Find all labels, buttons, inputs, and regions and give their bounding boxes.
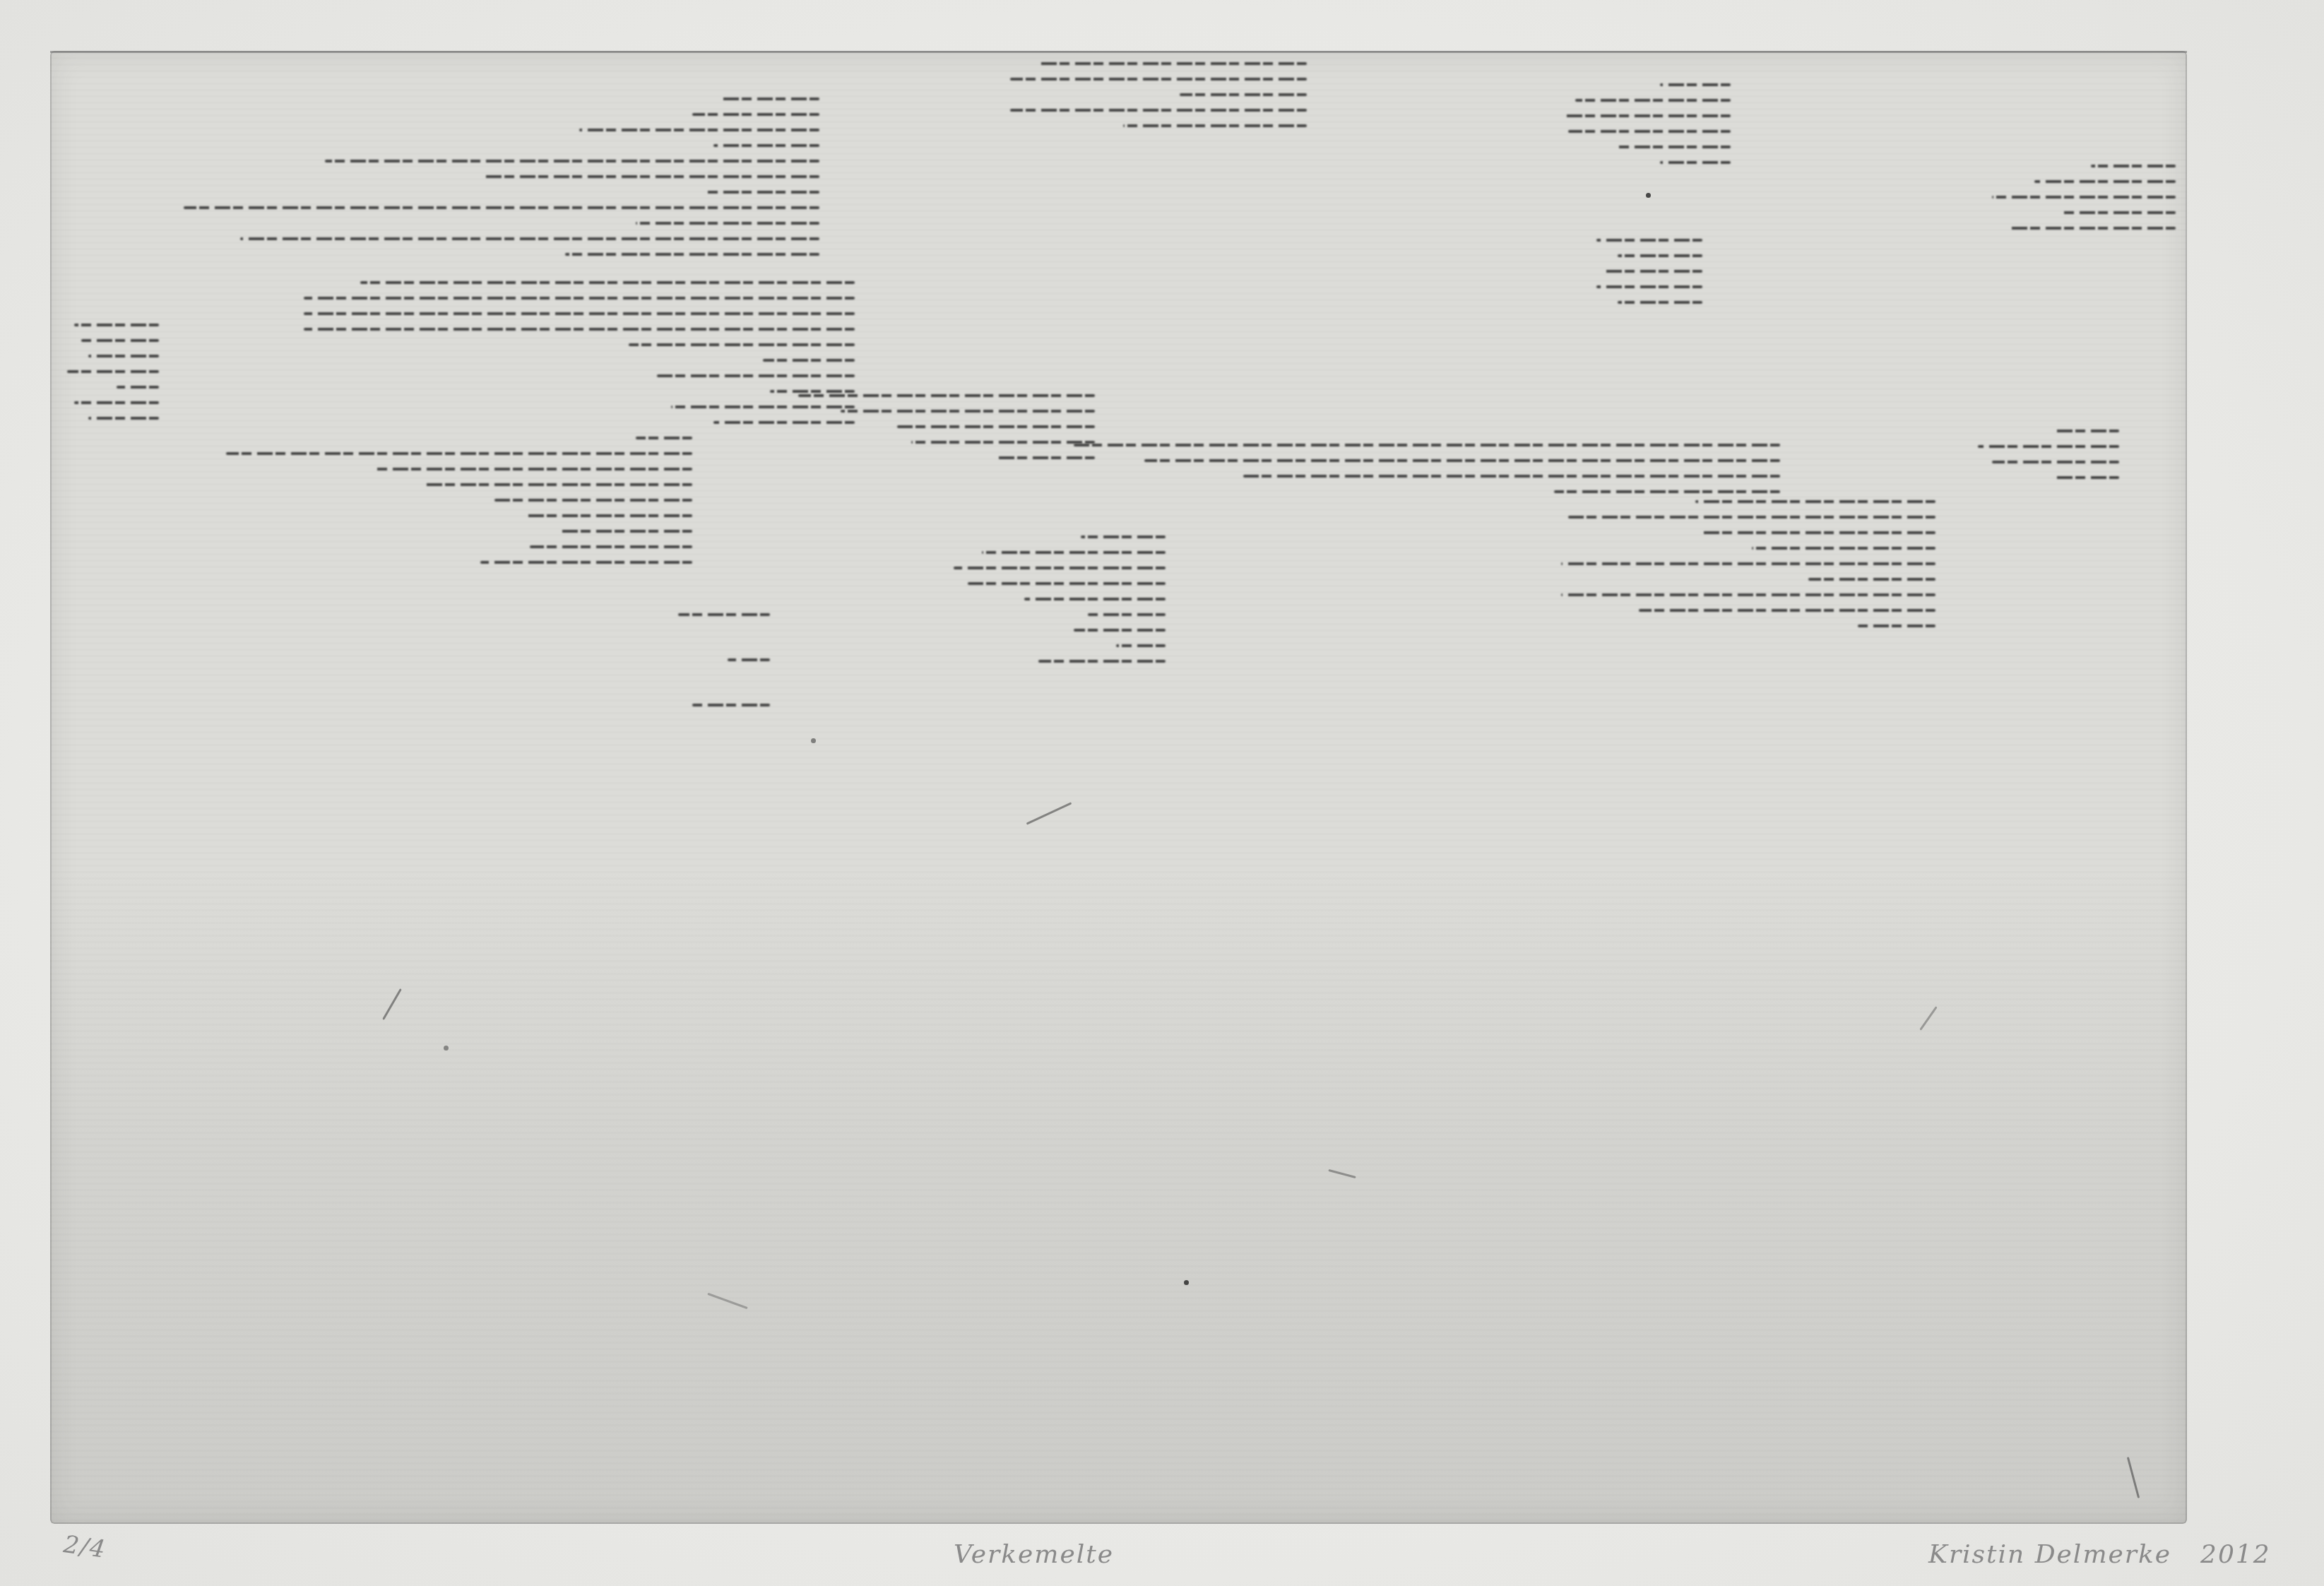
text-block-center-lower <box>947 523 1166 675</box>
text-block-center <box>784 381 1095 472</box>
ink-speck <box>444 1046 449 1051</box>
text-block-top-right <box>1561 71 1731 177</box>
text-block-right-middle <box>1554 487 1935 640</box>
text-block-top-left <box>184 85 819 268</box>
text-block-right-upper <box>1575 226 1702 316</box>
ink-speck <box>811 738 816 743</box>
edition-number: 2/4 <box>62 1530 109 1564</box>
text-block-left-lower <box>290 268 855 437</box>
text-block-left-middle <box>212 424 692 576</box>
artist-signature: Kristin Delmerke <box>1928 1540 2171 1569</box>
text-block-left-edge <box>53 311 159 432</box>
text-block-small-words <box>657 600 770 719</box>
ink-speck <box>1184 1280 1189 1285</box>
text-block-far-right-middle <box>1950 417 2119 492</box>
artwork-title: Verkemelte <box>954 1540 1114 1569</box>
artwork-year: 2012 <box>2200 1540 2271 1569</box>
text-block-top-center <box>1010 49 1307 140</box>
text-block-far-right <box>1964 152 2176 242</box>
ink-speck <box>1646 193 1651 198</box>
